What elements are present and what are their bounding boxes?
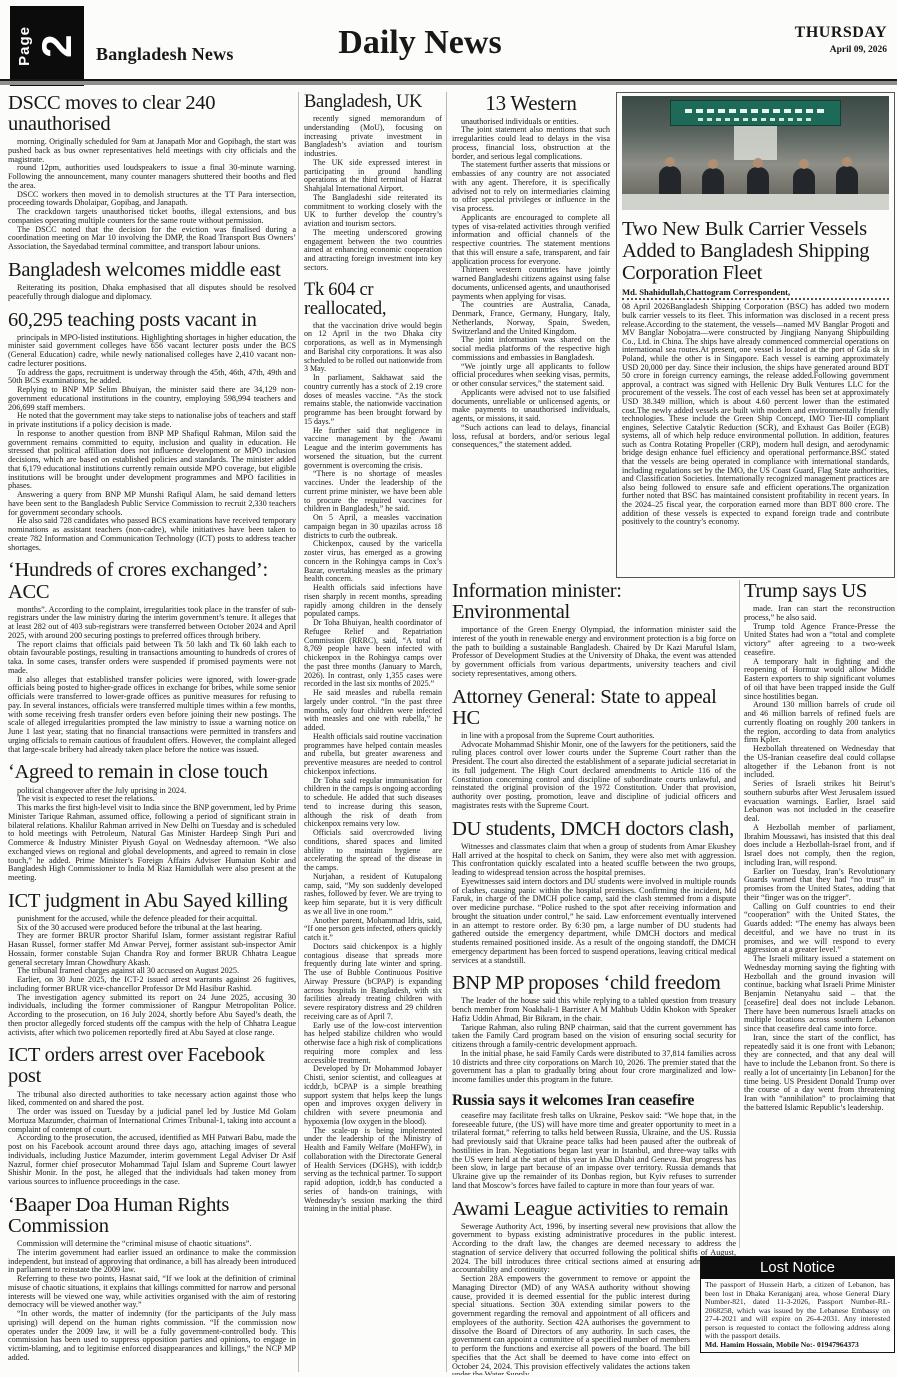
masthead: Bangladesh News bbox=[96, 44, 234, 65]
paragraph: Around 130 million barrels of crude oil … bbox=[744, 701, 895, 745]
headline: ‘Agreed to remain in close touch bbox=[8, 762, 296, 783]
article-bangladesh-welcomes: Bangladesh welcomes middle east Reiterat… bbox=[8, 260, 296, 302]
photo-person bbox=[747, 167, 769, 197]
paragraph: “In other words, the matter of indemnity… bbox=[8, 1310, 296, 1363]
paragraph: The scale-up is being implemented under … bbox=[304, 1127, 442, 1215]
article-body: importance of the Green Energy Olympiad,… bbox=[452, 626, 736, 679]
paragraph: Early use of the low-cost intervention h… bbox=[304, 1022, 442, 1066]
paragraph: Thirteen western countries have jointly … bbox=[452, 266, 610, 301]
lost-notice-body: The passport of Hussein Harb, a citizen … bbox=[701, 1279, 894, 1351]
headline: Attorney General: State to appeal HC bbox=[452, 687, 736, 729]
headline: ‘Baaper Doa Human Rights Commission bbox=[8, 1195, 296, 1237]
headline: BNP MP proposes ‘child freedom bbox=[452, 973, 736, 994]
paragraph: Calling on Gulf countries to end their “… bbox=[744, 903, 895, 956]
article-body: Commission will determine the “criminal … bbox=[8, 1240, 296, 1363]
article-body: punishment for the accused, while the de… bbox=[8, 915, 296, 1038]
column-divider bbox=[446, 92, 447, 1372]
article-body: The tribunal also directed authorities t… bbox=[8, 1091, 296, 1187]
paragraph: This marks the first high-level visit to… bbox=[8, 804, 296, 883]
left-column: DSCC moves to clear 240 unauthorised mor… bbox=[8, 92, 296, 1375]
paragraph: They are former BRUR proctor Shariful Is… bbox=[8, 932, 296, 967]
paragraph: DSCC workers then moved in to demolish s… bbox=[8, 191, 296, 209]
paragraph: months”. According to the complaint, irr… bbox=[8, 606, 296, 641]
paragraph: In parliament, Sakhawat said the country… bbox=[304, 374, 442, 427]
paragraph: The DSCC noted that the decision for the… bbox=[8, 226, 296, 252]
article-body: in line with a proposal from the Supreme… bbox=[452, 732, 736, 811]
paragraph: Iran, since the start of the conflict, h… bbox=[744, 1034, 895, 1113]
photo-window bbox=[734, 126, 777, 160]
paragraph: ceasefire may facilitate fresh talks on … bbox=[452, 1112, 736, 1191]
paragraph: Officials said overcrowded living condit… bbox=[304, 829, 442, 873]
article-human-rights-commission: ‘Baaper Doa Human Rights Commission Comm… bbox=[8, 1195, 296, 1363]
paragraph: Series of Israeli strikes hit Beirut’s s… bbox=[744, 780, 895, 824]
article-trump-says-us: Trump says US made. Iran can start the r… bbox=[744, 581, 895, 1113]
article-body: Reiterating its position, Dhaka emphasis… bbox=[8, 284, 296, 302]
paragraph: Replying to BNP MP Selim Bhuiyan, the mi… bbox=[8, 386, 296, 412]
paragraph: morning. Originally scheduled for 9am at… bbox=[8, 138, 296, 164]
paragraph: Applicants are encouraged to complete al… bbox=[452, 214, 610, 267]
paragraph: Sewerage Authority Act, 1996, by inserti… bbox=[452, 1223, 736, 1276]
article-body: unauthorised individuals or entities.The… bbox=[452, 118, 610, 451]
paragraph: The report claims that officials paid be… bbox=[8, 641, 296, 676]
paragraph: Eyewitnesses said intern doctors and DU … bbox=[452, 878, 736, 966]
paragraph: He also said 728 candidates who passed B… bbox=[8, 517, 296, 552]
article-dscc-eviction: DSCC moves to clear 240 unauthorised mor… bbox=[8, 93, 296, 252]
article-ict-facebook: ICT orders arrest over Facebook post The… bbox=[8, 1045, 296, 1186]
headline: ICT judgment in Abu Sayed killing bbox=[8, 891, 296, 912]
paragraph: On 5 April, a measles vaccination campai… bbox=[304, 514, 442, 540]
article-attorney-general: Attorney General: State to appeal HC in … bbox=[452, 687, 736, 811]
paragraph: The joint statement also mentions that s… bbox=[452, 126, 610, 161]
paragraph: Reiterating its position, Dhaka emphasis… bbox=[8, 284, 296, 302]
article-13-western: 13 Western unauthorised individuals or e… bbox=[452, 93, 610, 450]
paragraph: Referring to these two points, Hasnat sa… bbox=[8, 1275, 296, 1310]
headline: DU students, DMCH doctors clash, bbox=[452, 819, 736, 840]
article-bnp-mp-proposes: BNP MP proposes ‘child freedom The leade… bbox=[452, 973, 736, 1085]
feature-photo bbox=[622, 96, 889, 210]
right-column: Trump says US made. Iran can start the r… bbox=[744, 580, 895, 1250]
paragraph: Another parent, Mohammad Idris, said, “I… bbox=[304, 917, 442, 943]
headline: Awami League activities to remain bbox=[452, 1199, 736, 1220]
middle-column: Bangladesh, UK recently signed memorandu… bbox=[304, 92, 442, 1375]
article-body: ceasefire may facilitate fresh talks on … bbox=[452, 1112, 736, 1191]
paper-title: Daily News bbox=[220, 24, 620, 62]
headline: DSCC moves to clear 240 unauthorised bbox=[8, 93, 296, 135]
paragraph: The meeting underscored growing engageme… bbox=[304, 229, 442, 273]
headline: Trump says US bbox=[744, 581, 895, 602]
photo-table bbox=[622, 194, 889, 210]
paragraph: The investigation agency submitted its r… bbox=[8, 994, 296, 1038]
article-body: morning. Originally scheduled for 9am at… bbox=[8, 138, 296, 252]
lost-notice-contact: Md. Hamim Hossain, Mobile No:- 019479643… bbox=[705, 1341, 890, 1350]
article-body: Sewerage Authority Act, 1996, by inserti… bbox=[452, 1223, 736, 1375]
paragraph: A Hezbollah member of parliament, Ibrahi… bbox=[744, 824, 895, 868]
byline: Md. Shahidullah,Chattogram Correspondent… bbox=[622, 287, 889, 297]
headline: ‘Hundreds of crores exchanged’: ACC bbox=[8, 560, 296, 602]
paragraph: Section 28A empowers the government to r… bbox=[452, 1275, 690, 1375]
paragraph: Trump told Agence France-Presse the Unit… bbox=[744, 623, 895, 658]
photo-person bbox=[836, 166, 858, 196]
paragraph: The joint information was shared on the … bbox=[452, 336, 610, 362]
paragraph: The countries are Australia, Canada, Den… bbox=[452, 301, 610, 336]
paragraph: “There is no shortage of measles vaccine… bbox=[304, 470, 442, 514]
headline: Two New Bulk Carrier Vessels Added to Ba… bbox=[622, 218, 889, 284]
date: April 09, 2026 bbox=[795, 45, 887, 55]
paragraph: Hezbollah threatened on Wednesday that t… bbox=[744, 745, 895, 780]
paragraph: 08 April 2026Bangladesh Shipping Corpora… bbox=[622, 303, 889, 526]
page-number: 2 bbox=[36, 34, 78, 57]
article-bangladesh-uk: Bangladesh, UK recently signed memorandu… bbox=[304, 93, 442, 273]
paragraph: Tarique Rahman, also ruling BNP chairman… bbox=[452, 1024, 736, 1050]
paragraph: The statement further asserts that missi… bbox=[452, 161, 610, 214]
paragraph: In response to another question from BNP… bbox=[8, 430, 296, 491]
paragraph: Dr Toha said regular immunisation for ch… bbox=[304, 777, 442, 830]
header-rule bbox=[0, 79, 897, 85]
paragraph: In the initial phase, he said Family Car… bbox=[452, 1050, 736, 1085]
headline: Tk 604 cr reallocated, bbox=[304, 281, 442, 319]
article-body: principals in MPO-listed institutions. H… bbox=[8, 334, 296, 553]
article-body: Witnesses and classmates claim that when… bbox=[452, 843, 736, 966]
column-divider bbox=[298, 92, 299, 1372]
paragraph: importance of the Green Energy Olympiad,… bbox=[452, 626, 736, 679]
photo-person bbox=[659, 166, 681, 196]
article-ict-judgment: ICT judgment in Abu Sayed killing punish… bbox=[8, 891, 296, 1038]
paragraph: Health officials said routine vaccinatio… bbox=[304, 733, 442, 777]
paragraph: A temporary halt in fighting and the reo… bbox=[744, 658, 895, 702]
bottom-center-column: Information minister: Environmental impo… bbox=[452, 580, 736, 1375]
third-column: 13 Western unauthorised individuals or e… bbox=[452, 92, 610, 576]
article-body: 08 April 2026Bangladesh Shipping Corpora… bbox=[622, 303, 889, 526]
paragraph: The crackdown targets unauthorised ticke… bbox=[8, 208, 296, 226]
paragraph: Doctors said chickenpox is a highly cont… bbox=[304, 943, 442, 1022]
page-number-tag-text: Page 2 bbox=[17, 26, 78, 66]
paragraph: The UK side expressed interest in partic… bbox=[304, 159, 442, 194]
paragraph: made. Iran can start the reconstruction … bbox=[744, 605, 895, 623]
paragraph: Chickenpox, caused by the varicella zost… bbox=[304, 540, 442, 584]
newspaper-page: Page 2 Bangladesh News Daily News THURSD… bbox=[0, 0, 897, 1377]
headline: ICT orders arrest over Facebook post bbox=[8, 1045, 296, 1087]
column-divider bbox=[739, 580, 740, 1248]
paragraph: He further said that negligence in vacci… bbox=[304, 427, 442, 471]
paragraph: principals in MPO-listed institutions. H… bbox=[8, 334, 296, 369]
article-tk-604-reallocated: Tk 604 cr reallocated, that the vaccinat… bbox=[304, 281, 442, 1215]
article-body: made. Iran can start the reconstruction … bbox=[744, 605, 895, 1113]
lost-notice-text: The passport of Hussein Harb, a citizen … bbox=[705, 1281, 890, 1341]
paragraph: Witnesses and classmates claim that when… bbox=[452, 843, 736, 878]
paragraph: Earlier, on 30 June 2025, the ICT-2 issu… bbox=[8, 976, 296, 994]
article-teaching-posts: 60,295 teaching posts vacant in principa… bbox=[8, 310, 296, 553]
byline-divider bbox=[622, 298, 889, 300]
article-russia-iran-ceasefire: Russia says it welcomes Iran ceasefire c… bbox=[452, 1093, 736, 1191]
page-number-tag: Page 2 bbox=[10, 6, 84, 86]
paragraph: Answering a query from BNP MP Munshi Raf… bbox=[8, 491, 296, 517]
paragraph: The order was issued on Tuesday by a jud… bbox=[8, 1108, 296, 1134]
headline: 60,295 teaching posts vacant in bbox=[8, 310, 296, 331]
paragraph: Earlier on Tuesday, Iran’s Revolutionary… bbox=[744, 868, 895, 903]
headline: Russia says it welcomes Iran ceasefire bbox=[452, 1093, 736, 1109]
paragraph: Developed by Dr Mohammod Jobayer Chisti,… bbox=[304, 1065, 442, 1126]
paragraph: The tribunal also directed authorities t… bbox=[8, 1091, 296, 1109]
paragraph: The Bangladeshi side reiterated its comm… bbox=[304, 194, 442, 229]
lost-notice-title: Lost Notice bbox=[701, 1257, 894, 1279]
paragraph: The leader of the house said this while … bbox=[452, 997, 736, 1023]
paragraph: Applicants were advised not to use falsi… bbox=[452, 389, 610, 424]
article-body: recently signed memorandum of understand… bbox=[304, 115, 442, 273]
weekday: THURSDAY bbox=[795, 24, 887, 42]
article-body: that the vaccination drive would begin o… bbox=[304, 322, 442, 1215]
paragraph: that the vaccination drive would begin o… bbox=[304, 322, 442, 375]
article-acc-crores: ‘Hundreds of crores exchanged’: ACC mont… bbox=[8, 560, 296, 754]
paragraph: “Such actions can lead to delays, financ… bbox=[452, 424, 610, 450]
article-du-dmch-clash: DU students, DMCH doctors clash, Witness… bbox=[452, 819, 736, 966]
paragraph: To address the gaps, recruitment is unde… bbox=[8, 369, 296, 387]
headline: 13 Western bbox=[452, 93, 610, 115]
paragraph: Health officials said infections have ri… bbox=[304, 584, 442, 619]
paragraph: The interim government had earlier issue… bbox=[8, 1249, 296, 1275]
paragraph: Advocate Mohammad Shishir Monir, one of … bbox=[452, 741, 736, 811]
article-close-touch: ‘Agreed to remain in close touch politic… bbox=[8, 762, 296, 882]
headline: Bangladesh, UK bbox=[304, 93, 442, 112]
article-body: The leader of the house said this while … bbox=[452, 997, 736, 1085]
feature-article-box: Two New Bulk Carrier Vessels Added to Ba… bbox=[616, 92, 895, 578]
article-body: months”. According to the complaint, irr… bbox=[8, 606, 296, 755]
paragraph: He noted that the government may take st… bbox=[8, 412, 296, 430]
article-information-minister: Information minister: Environmental impo… bbox=[452, 581, 736, 679]
lost-notice-box: Lost Notice The passport of Hussein Harb… bbox=[700, 1256, 895, 1353]
paragraph: According to the prosecution, the accuse… bbox=[8, 1134, 296, 1187]
paragraph: Dr Toha Bhuiyan, health coordinator of R… bbox=[304, 619, 442, 689]
page-word: Page bbox=[17, 26, 32, 66]
date-block: THURSDAY April 09, 2026 bbox=[795, 24, 887, 55]
paragraph: He said measles and rubella remain large… bbox=[304, 689, 442, 733]
headline: Bangladesh welcomes middle east bbox=[8, 260, 296, 281]
article-awami-league-activities: Awami League activities to remain Sewera… bbox=[452, 1199, 736, 1375]
headline: Information minister: Environmental bbox=[452, 581, 736, 623]
paragraph: recently signed memorandum of understand… bbox=[304, 115, 442, 159]
paragraph: “We jointly urge all applicants to follo… bbox=[452, 363, 610, 389]
paragraph: It also alleges that established transfe… bbox=[8, 676, 296, 755]
paragraph: round 12pm, authorities used loudspeaker… bbox=[8, 164, 296, 190]
photo-banner bbox=[670, 100, 841, 126]
article-body: political changeover after the July upri… bbox=[8, 787, 296, 883]
paragraph: Nurjahan, a resident of Kutupalong camp,… bbox=[304, 873, 442, 917]
paragraph: The Israeli military issued a statement … bbox=[744, 955, 895, 1034]
